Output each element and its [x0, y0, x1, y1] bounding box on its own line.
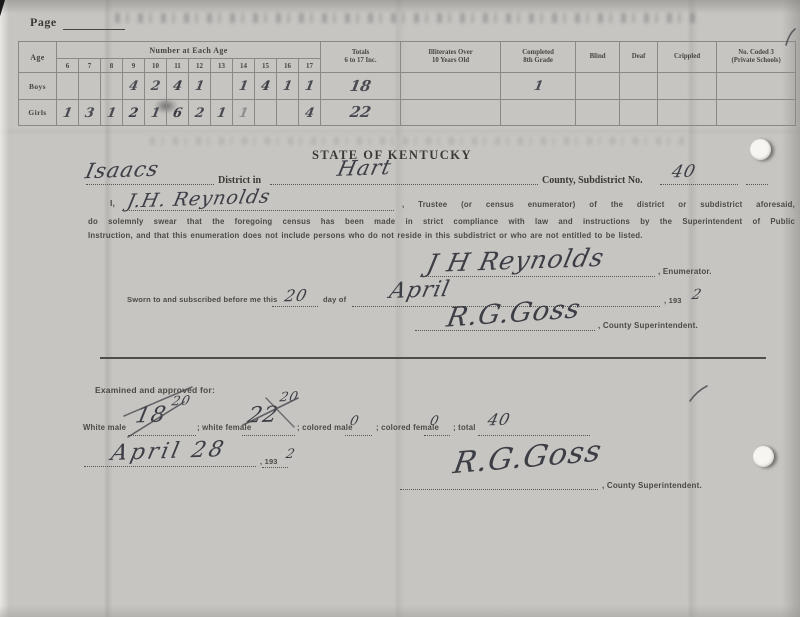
girls-age-17: 4: [304, 106, 316, 121]
boys-completed-8th: 1: [532, 79, 544, 94]
subdistrict-blank-line: [660, 184, 738, 185]
col-header-totals: Totals 6 to 17 Inc.: [321, 42, 401, 73]
total-value: 40: [486, 410, 513, 430]
col-header-illiterates: Illiterates Over 10 Years Old: [401, 42, 501, 73]
colored-male-blank: [345, 435, 372, 436]
col-header-completed-8th: Completed 8th Grade: [501, 42, 576, 73]
superintendent-signature-line: [415, 330, 595, 331]
trailing-dots: [746, 184, 768, 185]
white-male-corrected-value: 20: [170, 394, 192, 410]
scanned-census-form: Page Age Number at Each Age Totals 6 to …: [0, 0, 800, 617]
boys-age-11: 4: [172, 79, 184, 94]
row-label-girls: Girls: [19, 100, 57, 126]
age-col-14: 14: [233, 59, 255, 73]
year-printed-prefix: , 193: [664, 296, 682, 305]
page-corner-fold: [0, 0, 6, 40]
day-blank-line: [272, 306, 318, 307]
col-header-blind: Blind: [576, 42, 620, 73]
age-col-8: 8: [101, 59, 123, 73]
white-female-corrected-value: 20: [278, 390, 300, 406]
enumeration-table: Age Number at Each Age Totals 6 to 17 In…: [18, 41, 796, 126]
colored-male-value: 0: [348, 414, 361, 429]
colored-male-label: ; colored male: [297, 423, 353, 432]
county-name-handwritten: Hart: [335, 155, 394, 181]
age-col-10: 10: [145, 59, 167, 73]
boys-age-10: 2: [150, 79, 162, 94]
age-col-9: 9: [123, 59, 145, 73]
col-header-deaf: Deaf: [620, 42, 658, 73]
district-in-label: District in: [218, 175, 261, 186]
approval-year-prefix: , 193: [260, 457, 278, 466]
age-col-6: 6: [57, 59, 79, 73]
age-col-11: 11: [167, 59, 189, 73]
enumerator-signature: J H Reynolds: [424, 243, 607, 278]
enumerator-signature-line: [420, 276, 655, 277]
county-subdistrict-label: County, Subdistrict No.: [542, 175, 643, 186]
district-blank-line: [86, 184, 214, 185]
page-number-blank: [63, 29, 125, 30]
pen-tick-approval: [690, 386, 707, 401]
col-header-no-coded: No. Coded 3 (Private Schools): [717, 42, 796, 73]
district-name-handwritten: Isaacs: [83, 157, 161, 184]
county-blank-line: [270, 184, 538, 185]
girls-age-9: 2: [128, 106, 140, 121]
girls-age-8: 1: [106, 106, 118, 121]
table-row-girls: Girls 1 3 1 2 1 6 2 1 1 4 22: [19, 100, 796, 126]
girls-age-13: 1: [216, 106, 228, 121]
trustee-clause: , Trustee (or census enumerator) of the …: [402, 200, 795, 209]
boys-age-15: 4: [260, 79, 272, 94]
girls-age-14: 1: [238, 106, 250, 121]
page-label: Page: [30, 15, 57, 30]
boys-age-14: 1: [238, 79, 250, 94]
age-col-17: 17: [299, 59, 321, 73]
oath-line-2: do solemnly swear that the foregoing cen…: [88, 217, 795, 226]
white-male-blank: [128, 435, 196, 436]
white-male-label: White male: [83, 423, 126, 432]
white-female-label: ; white female: [197, 423, 251, 432]
white-female-old-value: 22: [245, 402, 281, 428]
age-col-12: 12: [189, 59, 211, 73]
approval-signature: R.G.Goss: [451, 434, 605, 482]
boys-age-12: 1: [194, 79, 206, 94]
day-of-label: day of: [323, 295, 346, 304]
examined-label: Examined and approved for:: [95, 385, 215, 395]
approval-superintendent-label: , County Superintendent.: [602, 481, 702, 490]
boys-total: 18: [349, 77, 373, 95]
approval-date-blank: [84, 466, 256, 467]
subdistrict-number-handwritten: 40: [670, 162, 698, 183]
superintendent-label: , County Superintendent.: [598, 321, 698, 330]
punch-hole: [753, 446, 774, 467]
sworn-label: Sworn to and subscribed before me this: [127, 295, 278, 304]
age-col-7: 7: [79, 59, 101, 73]
approval-signature-line: [400, 489, 598, 490]
white-female-blank: [242, 435, 295, 436]
boys-age-9: 4: [128, 79, 140, 94]
enumerator-label: , Enumerator.: [658, 267, 712, 276]
boys-age-17: 1: [304, 79, 316, 94]
ink-bleedthrough-strip: [115, 13, 700, 23]
ink-bleedthrough-strip: [150, 137, 690, 145]
superintendent-signature: R.G.Goss: [444, 293, 583, 333]
approval-date-handwritten: April 28: [109, 437, 229, 466]
girls-age-10: 1: [150, 106, 162, 121]
boys-age-16: 1: [282, 79, 294, 94]
girls-total: 22: [349, 103, 373, 121]
total-label: ; total: [453, 423, 476, 432]
sworn-day-handwritten: 20: [283, 286, 310, 306]
colored-female-blank: [424, 435, 450, 436]
col-header-crippled: Crippled: [658, 42, 717, 73]
approval-year-digit: 2: [284, 447, 297, 462]
col-header-number-at-each-age: Number at Each Age: [57, 42, 321, 59]
age-col-16: 16: [277, 59, 299, 73]
girls-age-12: 2: [194, 106, 206, 121]
oath-line-3: Instruction, and that this enumeration d…: [88, 231, 778, 240]
age-col-13: 13: [211, 59, 233, 73]
sworn-month-handwritten: April: [387, 277, 452, 304]
girls-age-11: 6: [172, 106, 184, 121]
age-col-15: 15: [255, 59, 277, 73]
table-row-boys: Boys 4 2 4 1 1 4 1 1 18 1: [19, 73, 796, 100]
section-divider: [100, 357, 766, 359]
white-male-old-value: 18: [133, 402, 169, 428]
year-handwritten-digit: 2: [690, 287, 703, 303]
trustee-name-handwritten: J.H. Reynolds: [125, 186, 273, 213]
approval-year-blank: [262, 467, 288, 468]
row-label-boys: Boys: [19, 73, 57, 100]
i-label: I,: [110, 198, 115, 208]
girls-age-6: 1: [62, 106, 74, 121]
col-header-age: Age: [19, 42, 57, 73]
colored-female-value: 0: [428, 414, 441, 429]
girls-age-7: 3: [84, 106, 96, 121]
trustee-name-blank-line: [122, 210, 394, 211]
